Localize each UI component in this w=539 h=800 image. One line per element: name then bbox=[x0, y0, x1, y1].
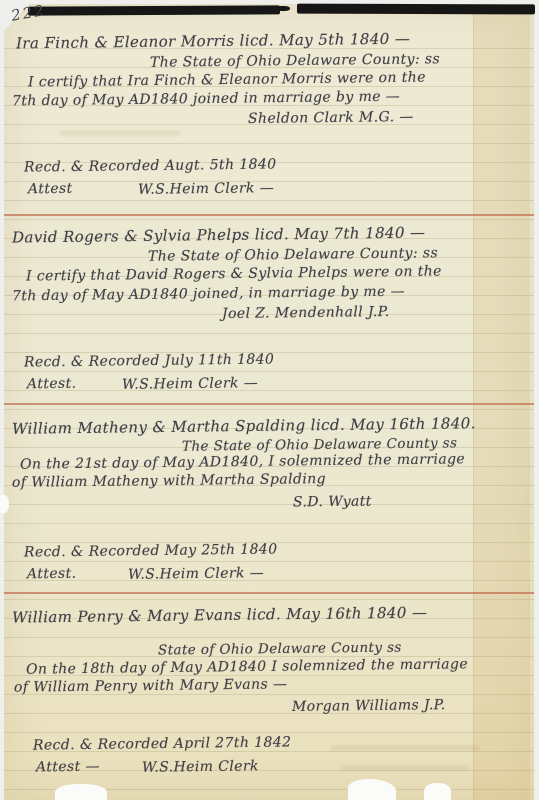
top-edge-tear bbox=[297, 4, 535, 15]
attest-label: Attest. bbox=[27, 566, 77, 583]
officiant-signature: S.D. Wyatt bbox=[293, 494, 372, 511]
clerk-signature: W.S.Heim Clerk bbox=[142, 758, 259, 775]
entry-separator bbox=[4, 403, 534, 405]
clerk-signature: W.S.Heim Clerk — bbox=[122, 375, 258, 393]
entry-separator bbox=[4, 592, 534, 594]
torn-paper-chip bbox=[55, 784, 107, 800]
scanned-ledger-page: 222 Ira Finch & Eleanor Morris licd. May… bbox=[0, 0, 539, 800]
officiant-signature: Joel Z. Mendenhall J.P. bbox=[222, 304, 390, 322]
attest-label: Attest. bbox=[27, 376, 77, 393]
torn-paper-chip bbox=[0, 495, 9, 513]
county-line: State of Ohio Delaware County ss bbox=[158, 640, 402, 659]
officiant-signature: Sheldon Clark M.G. — bbox=[248, 109, 414, 127]
clerk-signature: W.S.Heim Clerk — bbox=[128, 565, 264, 583]
entry-separator bbox=[4, 214, 534, 216]
recorded-line: Recd. & Recorded Augt. 5th 1840 bbox=[24, 156, 277, 175]
top-edge-tear bbox=[276, 6, 290, 11]
recorded-line: Recd. & Recorded May 25th 1840 bbox=[24, 541, 278, 560]
couple-line: of William Penry with Mary Evans — bbox=[14, 676, 288, 695]
torn-paper-chip bbox=[348, 779, 396, 800]
recorded-line: Recd. & Recorded April 27th 1842 bbox=[33, 734, 292, 753]
attest-label: Attest — bbox=[36, 759, 100, 776]
clerk-signature: W.S.Heim Clerk — bbox=[138, 180, 274, 198]
officiant-signature: Morgan Williams J.P. bbox=[292, 697, 446, 715]
top-edge-tear bbox=[28, 5, 280, 15]
attest-label: Attest bbox=[28, 181, 73, 198]
recorded-line: Recd. & Recorded July 11th 1840 bbox=[24, 351, 274, 370]
torn-paper-chip bbox=[424, 783, 451, 800]
tanned-edge-strip bbox=[473, 4, 530, 800]
